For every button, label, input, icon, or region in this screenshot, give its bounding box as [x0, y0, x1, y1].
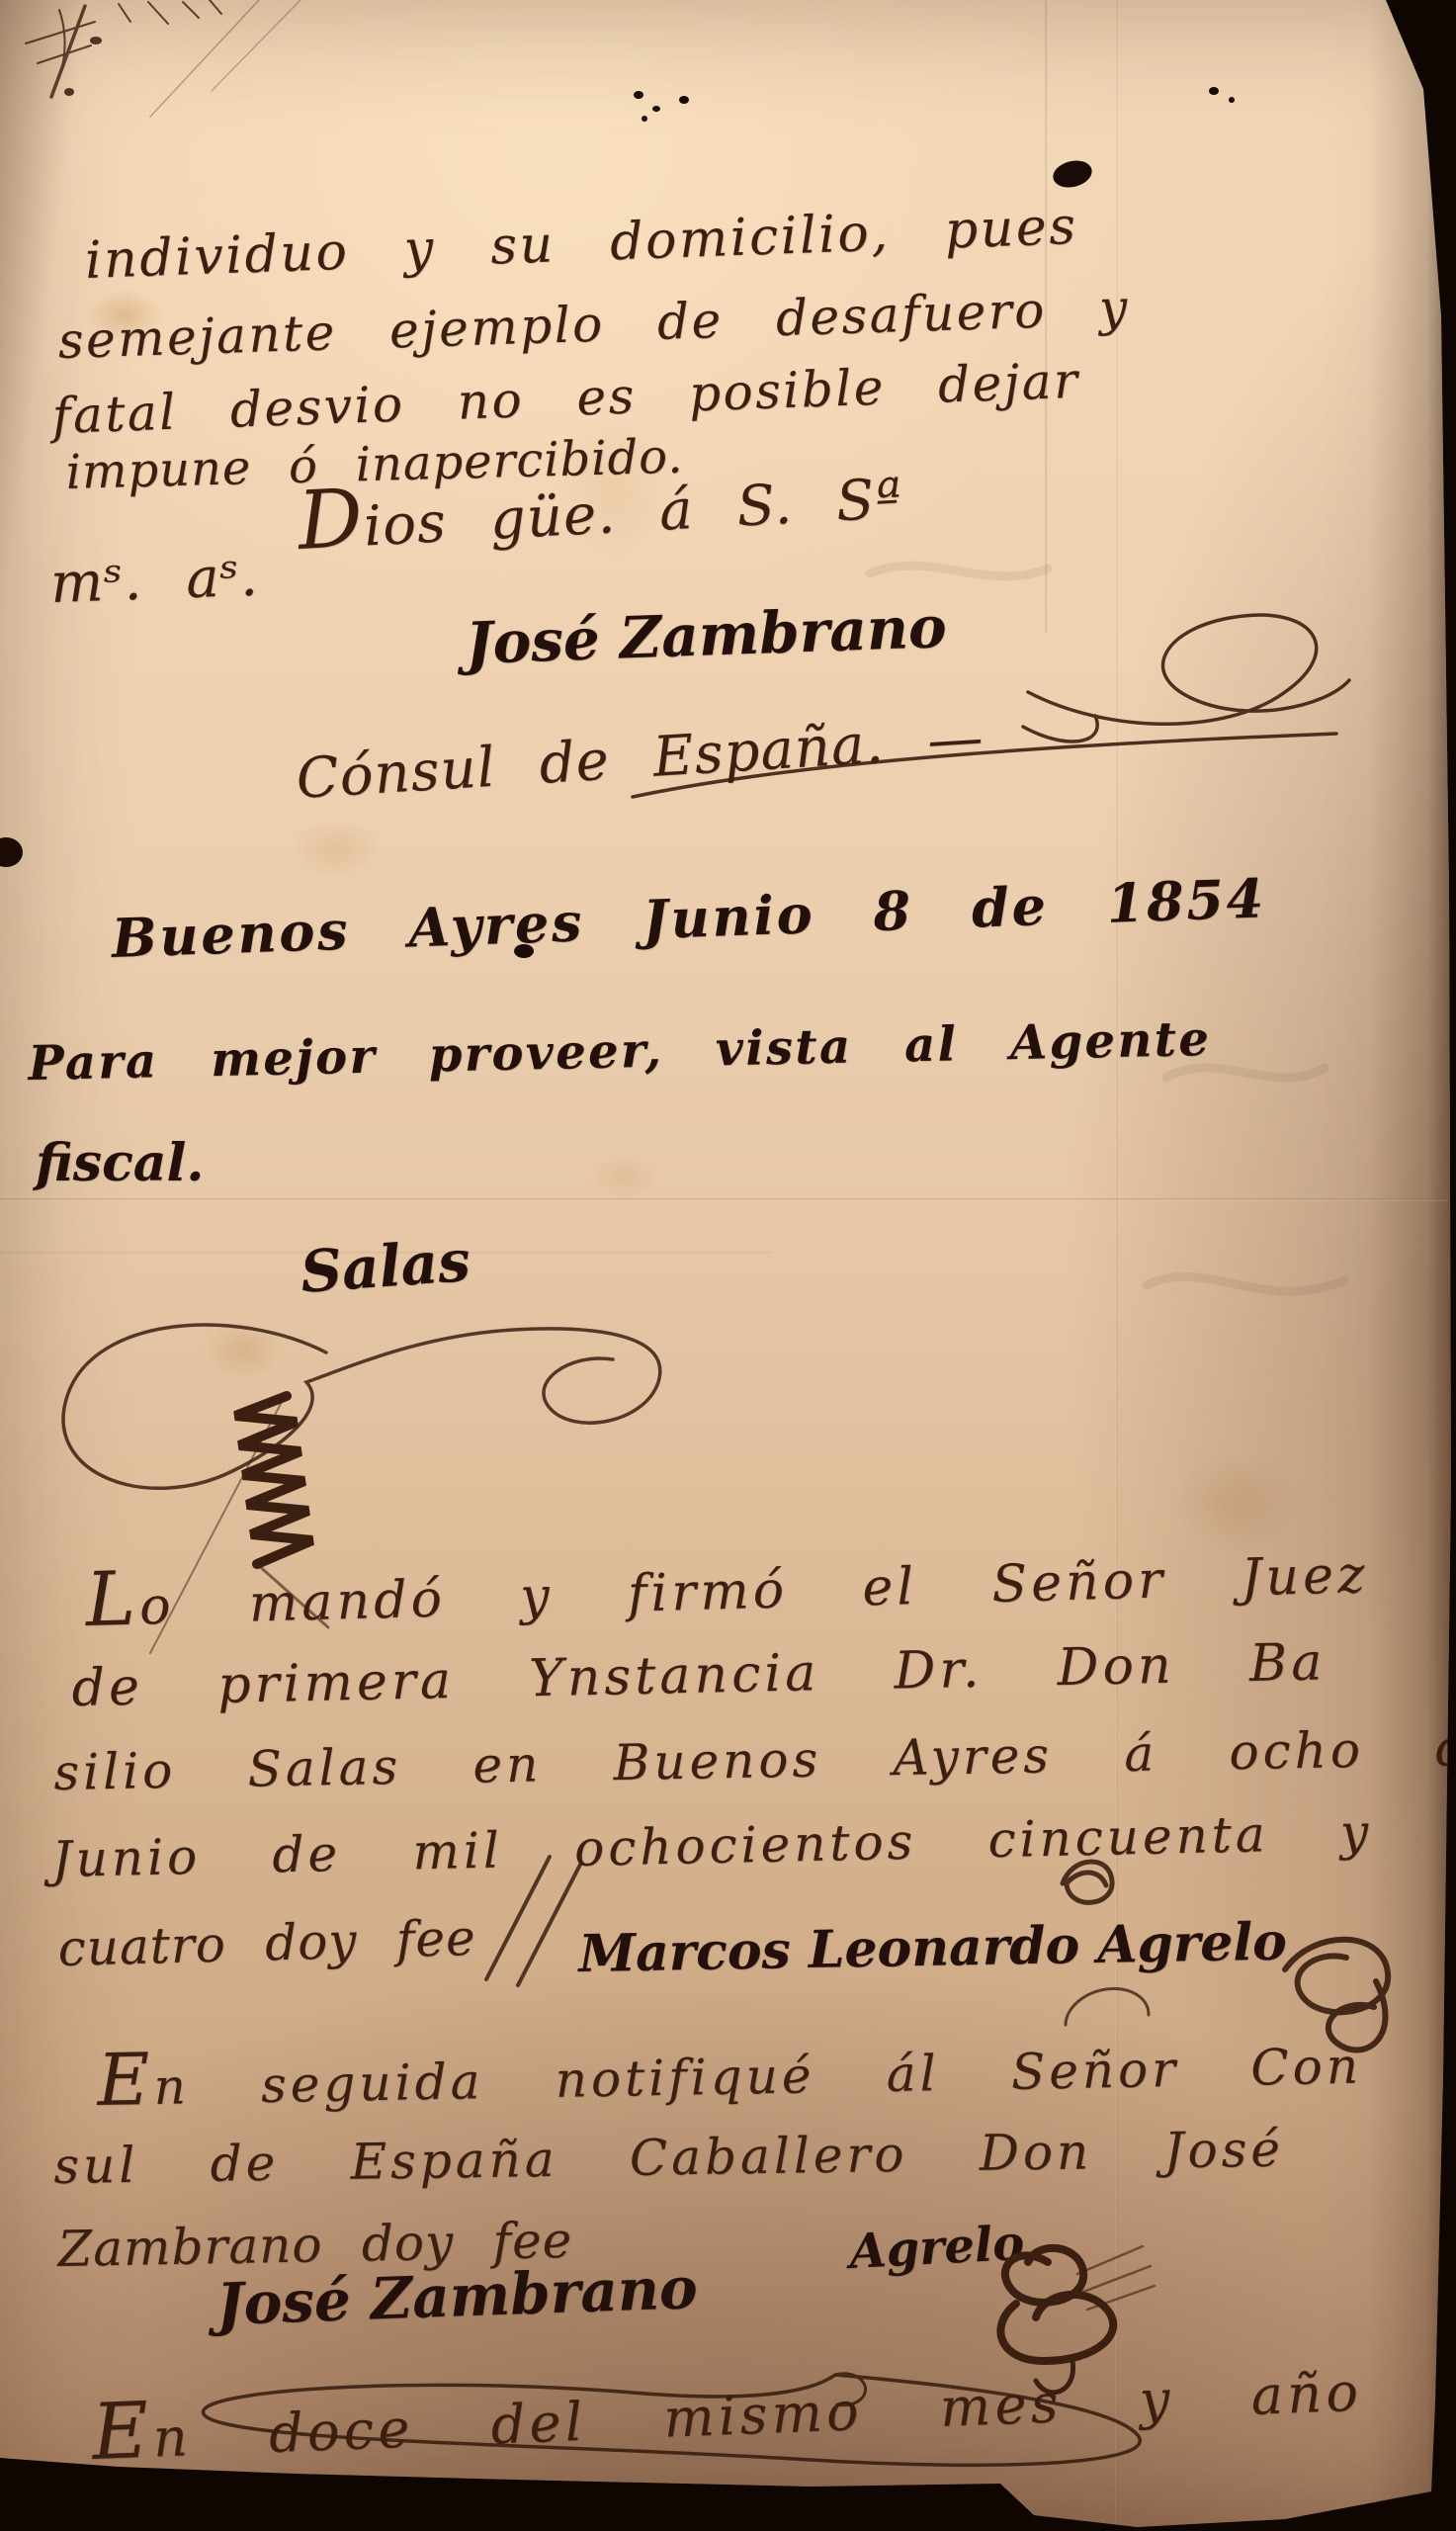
signature-marcos-leonardo-agrelo: Marcos Leonardo Agrelo: [578, 1913, 1287, 1982]
attestation-line: silio Salas en Buenos Ayres á ocho de: [53, 1720, 1456, 1800]
slash-marks: [486, 1857, 581, 1985]
fold-crease-vertical: [1044, 0, 1047, 633]
zambrano-signature-flourish: [633, 615, 1349, 797]
signature-jose-zambrano-2: José Zambrano: [215, 2257, 699, 2337]
decree-line: fiscal.: [36, 1135, 204, 1191]
fold-crease-horizontal: [0, 1198, 1448, 1201]
fold-crease-vertical: [1115, 0, 1118, 2531]
notification-line: En seguida notifiqué ál Señor Con: [97, 2033, 1362, 2116]
pen-scratches: [26, 0, 300, 117]
ghost-showthrough-strokes: [870, 566, 1344, 1291]
notification-line: sul de España Caballero Don José: [53, 2123, 1284, 2194]
zambrano-underline-flourish: [203, 2374, 1140, 2466]
signature-agrelo: Agrelo: [848, 2218, 1025, 2279]
manuscript-photo: individuo y su domicilio, pues semejante…: [0, 0, 1456, 2531]
manuscript-line: semejante ejemplo de desafuero y: [57, 281, 1131, 369]
manuscript-line: En doce del mismo mes y año no: [91, 2350, 1456, 2471]
date-line: Buenos Ayres Junio 8 de 1854: [111, 869, 1267, 968]
manuscript-line: impune ó inapercibido.: [65, 431, 684, 499]
signer-title-consul: Cónsul de España. —: [295, 707, 985, 810]
circle-mark: [1066, 1989, 1149, 2025]
ink-marks-overlay: [0, 0, 1456, 2531]
signature-jose-zambrano: José Zambrano: [465, 596, 948, 676]
paper-stain: [1174, 1451, 1303, 1554]
salas-rubric-flourish: [63, 1325, 660, 1653]
attestation-line: Lo mandó y firmó el Señor Juez: [85, 1538, 1369, 1637]
paper-sheet: individuo y su domicilio, pues semejante…: [0, 0, 1456, 2531]
marcos-agrelo-rubric: [1285, 1940, 1388, 2051]
manuscript-line: fatal desvio no es posible dejar: [51, 354, 1080, 444]
attestation-line: de primera Ynstancia Dr. Don Ba: [71, 1634, 1327, 1717]
paper-stain: [589, 1155, 658, 1200]
paper-stain: [87, 289, 164, 342]
closing-formula-line: Dios güe. á S. Sª: [297, 461, 904, 562]
manuscript-line: individuo y su domicilio, pues: [84, 199, 1078, 290]
agrelo-knot-mark: [1063, 1862, 1112, 1902]
paper-stain: [204, 1321, 283, 1380]
agrelo-rubric-bottom: [1000, 2246, 1155, 2393]
attestation-line: Junio de mil ochocientos cincuenta y: [51, 1805, 1373, 1887]
fold-crease-horizontal: [0, 1252, 771, 1255]
closing-formula-line: mˢ. aˢ.: [49, 547, 260, 615]
ink-blots: [0, 87, 1235, 958]
notification-line: Zambrano doy fee: [57, 2214, 573, 2277]
paper-stain: [289, 819, 384, 880]
paper-stain: [554, 415, 672, 564]
signature-salas: Salas: [299, 1230, 472, 1305]
attestation-line: cuatro doy fee: [57, 1911, 476, 1976]
decree-line: Para mejor proveer, vista al Agente: [28, 1013, 1212, 1091]
